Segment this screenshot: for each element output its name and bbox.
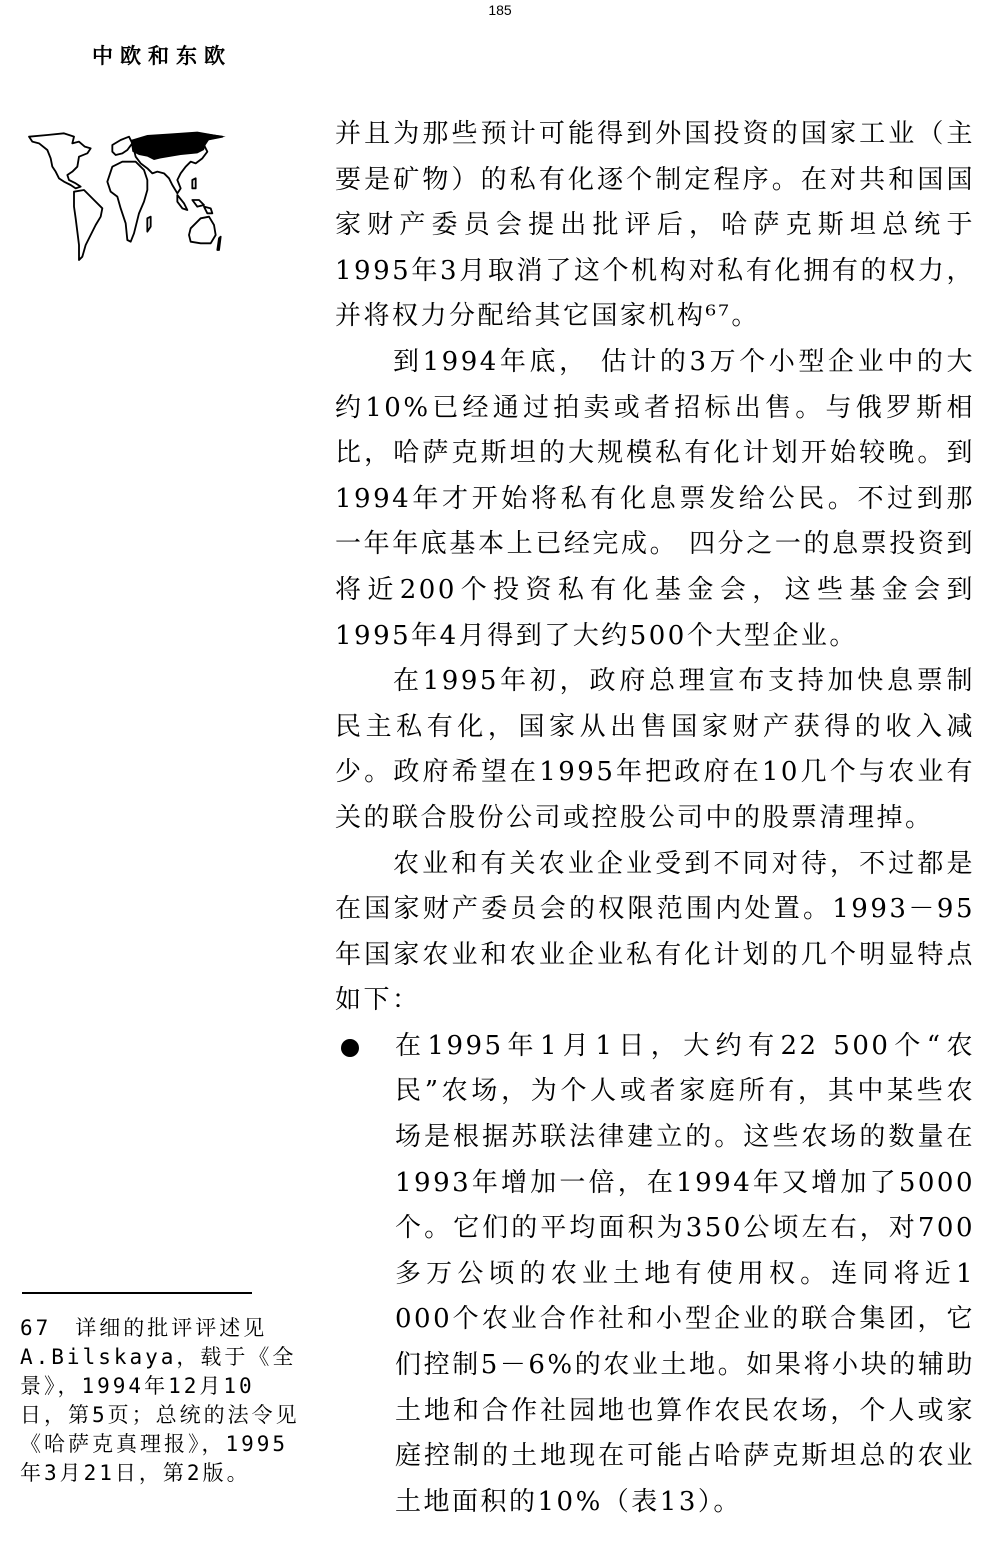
paragraph-4: 农业和有关农业企业受到不同对待，不过都是在国家财产委员会的权限范围内处置。199…: [335, 842, 975, 1024]
bullet-dot-icon: [341, 1039, 359, 1057]
paragraph-2: 到1994年底， 估计的3万个小型企业中的大约10%已经通过拍卖或者招标出售。与…: [335, 340, 975, 659]
paragraph-1: 并且为那些预计可能得到外国投资的国家工业（主要是矿物）的私有化逐个制定程序。在对…: [335, 112, 975, 340]
main-text-column: 并且为那些预计可能得到外国投资的国家工业（主要是矿物）的私有化逐个制定程序。在对…: [335, 112, 975, 1525]
world-map-icon: [14, 114, 264, 276]
section-title: 中欧和东欧: [92, 40, 232, 70]
bullet-list-item: 在1995年1月1日，大约有22 500个“农民”农场，为个人或者家庭所有，其中…: [335, 1024, 975, 1526]
paragraph-3: 在1995年初，政府总理宣布支持加快息票制民主私有化，国家从出售国家财产获得的收…: [335, 659, 975, 841]
page-number: 185: [0, 2, 1000, 18]
footnote-67: 67 详细的批评评述见A.Bilskaya，载于《全景》，1994年12月10日…: [20, 1314, 300, 1488]
bullet-text: 在1995年1月1日，大约有22 500个“农民”农场，为个人或者家庭所有，其中…: [395, 1031, 975, 1517]
footnote-divider: [22, 1292, 252, 1294]
world-map-image: [14, 114, 264, 276]
